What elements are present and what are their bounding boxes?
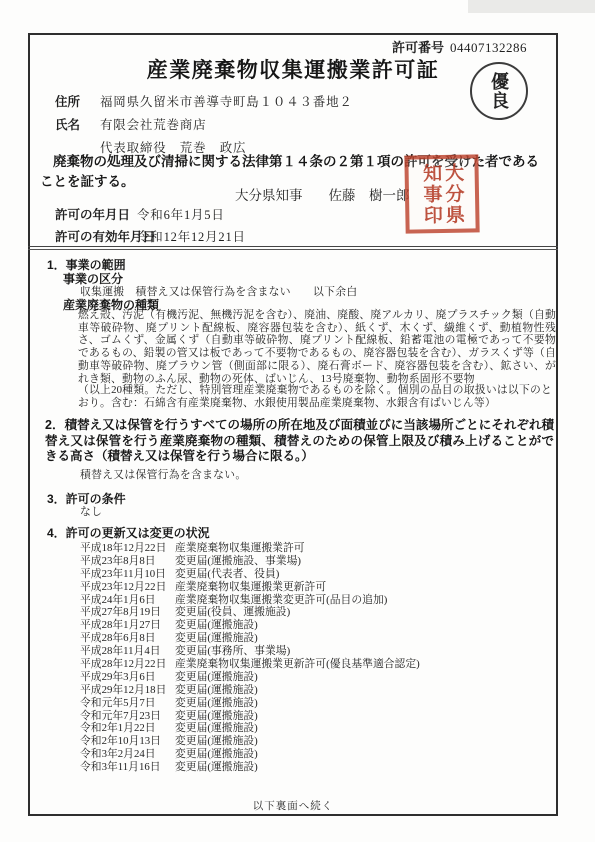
permit-number-value: 04407132286 xyxy=(450,40,527,55)
history-row: 令和3年11月16日変更届(運搬施設) xyxy=(80,759,550,772)
history-row: 平成29年12月18日変更届(運搬施設) xyxy=(80,682,550,695)
history-description: 変更届(運搬施設) xyxy=(175,684,258,696)
document-border-frame: 許可番号04407132286 産業廃棄物収集運搬業許可証 優良 住所 福岡県久… xyxy=(28,33,558,816)
history-row: 平成23年12月22日産業廃棄物収集運搬業更新許可 xyxy=(80,579,550,592)
history-rows: 平成18年12月22日産業廃棄物収集運搬業許可平成23年8月8日変更届(運搬施設… xyxy=(80,540,550,772)
governor-seal-stamp: 大分県 知事印 xyxy=(404,154,479,233)
history-row: 平成18年12月22日産業廃棄物収集運搬業許可 xyxy=(80,540,550,553)
section1-waste-note: （以上20種類。ただし、特別管理産業廃棄物であるものを除く。個別の品目の取扱いは… xyxy=(78,384,552,410)
section4-heading: 4．許可の更新又は変更の状況 xyxy=(47,524,210,541)
history-row: 令和3年2月24日変更届(運搬施設) xyxy=(80,746,550,759)
section2-heading: 2．積替え又は保管を行うすべての場所の所在地及び面積並びに当該場所ごとにそれぞれ… xyxy=(45,418,554,465)
permit-date-label: 許可の年月日 xyxy=(55,205,130,223)
valid-date-value: 令和12年12月21日 xyxy=(137,227,246,245)
continuation-note: 以下裏面へ続く xyxy=(30,798,556,813)
section2-body: 積替え又は保管行為を含まない。 xyxy=(80,467,246,482)
history-row: 平成28年6月8日変更届(運搬施設) xyxy=(80,630,550,643)
history-description: 変更届(運搬施設) xyxy=(175,697,258,709)
history-row: 平成29年3月6日変更届(運搬施設) xyxy=(80,669,550,682)
history-row: 平成27年8月19日変更届(役員、運搬施設) xyxy=(80,604,550,617)
history-date: 令和3年11月16日 xyxy=(80,759,175,774)
section-divider-line xyxy=(28,246,558,250)
excellence-stamp: 優良 xyxy=(470,62,528,120)
history-row: 令和元年7月23日変更届(運搬施設) xyxy=(80,708,550,721)
excellence-stamp-text: 優良 xyxy=(490,72,508,110)
history-description: 産業廃棄物収集運搬業更新許可 xyxy=(175,581,326,593)
company-name: 有限会社荒巻商店 xyxy=(100,115,206,133)
name-label: 氏名 xyxy=(55,115,80,133)
history-description: 変更届(代表者、役員) xyxy=(175,568,279,580)
scan-artifact-shade xyxy=(468,0,595,13)
governor-line: 大分県知事佐藤 樹一郎 xyxy=(235,184,410,204)
history-row: 平成23年8月8日変更届(運搬施設、事業場) xyxy=(80,553,550,566)
permit-number-label: 許可番号 xyxy=(392,40,444,55)
history-description: 変更届(運搬施設) xyxy=(175,761,258,773)
history-row: 平成24年1月6日産業廃棄物収集運搬業変更許可(品目の追加) xyxy=(80,592,550,605)
history-row: 平成23年11月10日変更届(代表者、役員) xyxy=(80,566,550,579)
governor-name: 佐藤 樹一郎 xyxy=(329,188,410,203)
section3-body: なし xyxy=(80,504,102,519)
history-row: 平成28年12月22日産業廃棄物収集運搬業更新許可(優良基準適合認定) xyxy=(80,656,550,669)
permit-date-value: 令和6年1月5日 xyxy=(137,205,225,223)
history-row: 平成28年11月4日変更届(事務所、事業場) xyxy=(80,643,550,656)
history-row: 令和元年5月7日変更届(運搬施設) xyxy=(80,695,550,708)
history-row: 令和2年10月13日変更届(運搬施設) xyxy=(80,733,550,746)
address-value: 福岡県久留米市善導寺町島１０４３番地２ xyxy=(100,92,353,110)
section1-waste-list: 燃え殻、汚泥（有機汚泥、無機汚泥を含む）、廃油、廃酸、廃アルカリ、廃プラスチック… xyxy=(78,309,556,385)
governor-title: 大分県知事 xyxy=(235,188,303,203)
governor-seal-right-column: 大分県 xyxy=(443,162,463,225)
governor-seal-left-column: 知事印 xyxy=(421,163,441,226)
permit-document-page: 許可番号04407132286 産業廃棄物収集運搬業許可証 優良 住所 福岡県久… xyxy=(0,0,595,842)
address-label: 住所 xyxy=(55,92,80,110)
history-row: 平成28年1月27日変更届(運搬施設) xyxy=(80,617,550,630)
history-row: 令和2年1月22日変更届(運搬施設) xyxy=(80,720,550,733)
